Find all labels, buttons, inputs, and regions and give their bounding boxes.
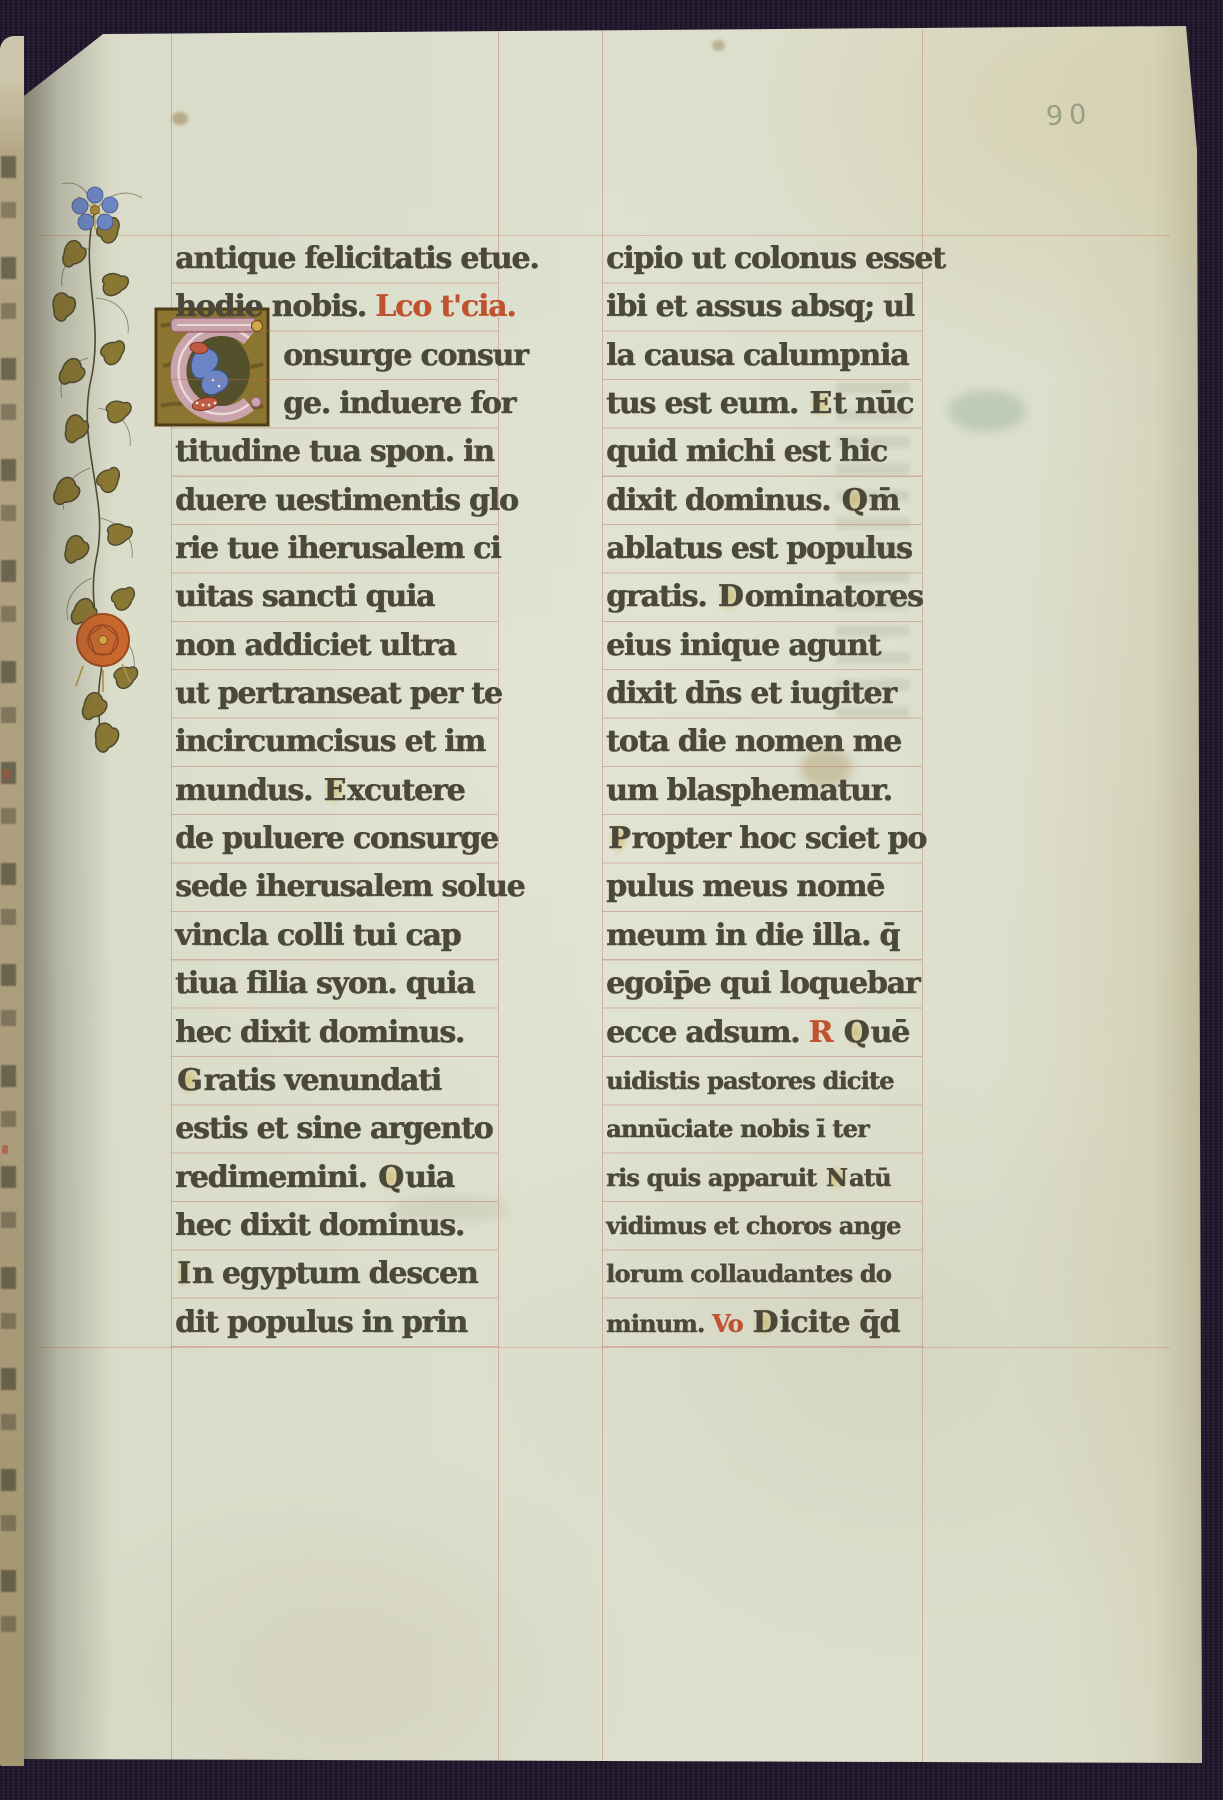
text-line: annūciate nobis ī ter	[602, 1105, 922, 1153]
body-text: ratis venundati	[203, 1063, 440, 1098]
body-text: dixit dn̄s et iugiter	[606, 676, 896, 711]
body-text: xcutere	[347, 773, 464, 808]
rubric-text: Lco t'cia.	[375, 289, 515, 324]
body-text: estis et sine argento	[175, 1111, 492, 1146]
body-text: ge. induere for	[283, 386, 515, 421]
body-text: D	[750, 1304, 779, 1341]
body-text: gratis.	[606, 579, 716, 614]
text-line: hec dixit dominus.	[171, 1009, 498, 1057]
body-text: ominatores	[744, 579, 922, 614]
body-text: ut pertranseat per te	[175, 676, 502, 711]
text-line: mundus. Excutere	[171, 767, 498, 815]
facing-page-edge	[0, 36, 24, 1766]
body-text: dixit dominus.	[606, 483, 840, 518]
body-text: cipio ut colonus esset	[606, 241, 945, 276]
body-text: Q	[840, 482, 869, 519]
text-line: estis et sine argento	[171, 1105, 498, 1153]
body-text: quid michi est hic	[606, 434, 887, 469]
text-line: hodie nobis. Lco t'cia.	[171, 283, 498, 331]
text-line: lorum collaudantes do	[602, 1250, 922, 1298]
body-text: incircumcisus et im	[175, 724, 485, 759]
body-text: hodie nobis.	[175, 289, 375, 324]
manuscript-page: antique felicitatis etue.hodie nobis. Lc…	[0, 0, 1223, 1800]
body-text: tus est eum.	[606, 386, 807, 421]
body-text: ablatus est populus	[606, 531, 912, 566]
text-line: vidimus et choros ange	[602, 1202, 922, 1250]
body-text: um blasphematur.	[606, 773, 892, 808]
body-text: E	[807, 385, 833, 422]
body-text: ibi et assus absq; ul	[606, 289, 914, 324]
body-text: onsurge consur	[283, 338, 528, 373]
text-line: ibi et assus absq; ul	[602, 283, 922, 331]
body-text: antique felicitatis etue.	[175, 241, 538, 276]
body-text: uia	[405, 1160, 454, 1195]
body-text: Q	[841, 1014, 870, 1051]
text-line: tus est eum. Et nūc	[602, 380, 922, 428]
body-text: hec dixit dominus.	[175, 1208, 464, 1243]
text-column-right: cipio ut colonus essetibi et assus absq;…	[602, 235, 922, 1348]
text-column-left: antique felicitatis etue.hodie nobis. Lc…	[171, 235, 498, 1348]
green-stain	[948, 390, 1026, 432]
body-text: pulus meus nomē	[606, 869, 884, 904]
text-line: de puluere consurge	[171, 815, 498, 863]
text-line: dixit dominus. Qm̄	[602, 477, 922, 525]
text-line: uidistis pastores dicite	[602, 1057, 922, 1105]
gutter-shadow	[24, 0, 110, 1800]
text-line: In egyptum descen	[171, 1250, 498, 1298]
text-line: cipio ut colonus esset	[602, 235, 922, 283]
small-spot	[712, 40, 725, 51]
body-text: duere uestimentis glo	[175, 483, 518, 518]
body-text: minum.	[606, 1309, 712, 1338]
text-line: ris quis apparuit Natū	[602, 1154, 922, 1202]
text-line: tota die nomen me	[602, 718, 922, 766]
body-text: I	[175, 1255, 192, 1292]
text-line: incircumcisus et im	[171, 718, 498, 766]
text-line: sede iherusalem solue	[171, 863, 498, 911]
body-text: G	[175, 1062, 203, 1099]
text-line: dit populus in prin	[171, 1299, 498, 1347]
facing-page-red-mark	[2, 1145, 8, 1154]
body-text: redimemini.	[175, 1160, 376, 1195]
rubric-text: Vo	[712, 1309, 750, 1338]
body-text: sede iherusalem solue	[175, 869, 524, 904]
body-text: la causa calumpnia	[606, 338, 908, 373]
body-text: n egyptum descen	[192, 1256, 478, 1291]
text-line: vincla colli tui cap	[171, 912, 498, 960]
text-line: gratis. Dominatores	[602, 573, 922, 621]
text-line: rie tue iherusalem ci	[171, 525, 498, 573]
text-line: hec dixit dominus.	[171, 1202, 498, 1250]
body-text: lorum collaudantes do	[606, 1259, 891, 1288]
body-text: mundus.	[175, 773, 321, 808]
body-text: tota die nomen me	[606, 724, 901, 759]
body-text: dit populus in prin	[175, 1305, 467, 1340]
folio-number: 90	[1045, 99, 1093, 132]
ruling-line-vertical-right	[922, 30, 923, 1764]
text-line: Gratis venundati	[171, 1057, 498, 1105]
body-text: annūciate nobis ī ter	[606, 1114, 869, 1143]
text-line: tiua filia syon. quia	[171, 960, 498, 1008]
body-text: ris quis apparuit	[606, 1163, 824, 1192]
text-line: antique felicitatis etue.	[171, 235, 498, 283]
facing-page-text-showthrough	[1, 156, 16, 1656]
body-text: t nūc	[833, 386, 913, 421]
text-line: duere uestimentis glo	[171, 477, 498, 525]
body-text: egoip̄e qui loquebar	[606, 966, 919, 1001]
rubric-text: R	[809, 1015, 842, 1050]
body-text: rie tue iherusalem ci	[175, 531, 500, 566]
text-line: um blasphematur.	[602, 767, 922, 815]
body-text: ecce adsum.	[606, 1015, 809, 1050]
body-text: vincla colli tui cap	[175, 918, 460, 953]
text-line: dixit dn̄s et iugiter	[602, 670, 922, 718]
body-text: meum in die illa. q̄	[606, 918, 899, 953]
text-line: minum. Vo Dicite q̄d	[602, 1299, 922, 1347]
body-text: ropter hoc sciet po	[631, 821, 926, 856]
body-text: titudine tua spon. in	[175, 434, 494, 469]
body-text: icite q̄d	[780, 1305, 900, 1340]
text-line: ecce adsum. R Quē	[602, 1009, 922, 1057]
text-line: uitas sancti quia	[171, 573, 498, 621]
text-line: onsurge consur	[171, 332, 498, 380]
text-line: meum in die illa. q̄	[602, 912, 922, 960]
body-text: D	[716, 578, 745, 615]
body-text: tiua filia syon. quia	[175, 966, 474, 1001]
body-text: N	[824, 1162, 849, 1193]
text-line: quid michi est hic	[602, 428, 922, 476]
body-text: uē	[870, 1015, 909, 1050]
body-text: eius inique agunt	[606, 628, 880, 663]
text-line: ut pertranseat per te	[171, 670, 498, 718]
text-line: egoip̄e qui loquebar	[602, 960, 922, 1008]
text-line: redimemini. Quia	[171, 1154, 498, 1202]
body-text: P	[606, 820, 631, 857]
text-line: Propter hoc sciet po	[602, 815, 922, 863]
manuscript-photo: antique felicitatis etue.hodie nobis. Lc…	[0, 0, 1223, 1800]
body-text: Q	[376, 1159, 405, 1196]
text-line: ablatus est populus	[602, 525, 922, 573]
text-line: ge. induere for	[171, 380, 498, 428]
body-text: de puluere consurge	[175, 821, 498, 856]
facing-page-red-mark	[3, 770, 9, 779]
body-text: uitas sancti quia	[175, 579, 434, 614]
small-spot	[172, 112, 188, 125]
body-text: uidistis pastores dicite	[606, 1066, 894, 1095]
body-text: hec dixit dominus.	[175, 1015, 464, 1050]
body-text: non addiciet ultra	[175, 628, 456, 663]
body-text: atū	[849, 1163, 891, 1192]
body-text: E	[321, 772, 347, 809]
body-text: vidimus et choros ange	[606, 1211, 900, 1240]
text-line: eius inique agunt	[602, 622, 922, 670]
text-line: non addiciet ultra	[171, 622, 498, 670]
text-line: la causa calumpnia	[602, 332, 922, 380]
body-text: m̄	[868, 483, 899, 518]
text-line: titudine tua spon. in	[171, 428, 498, 476]
text-line: pulus meus nomē	[602, 863, 922, 911]
